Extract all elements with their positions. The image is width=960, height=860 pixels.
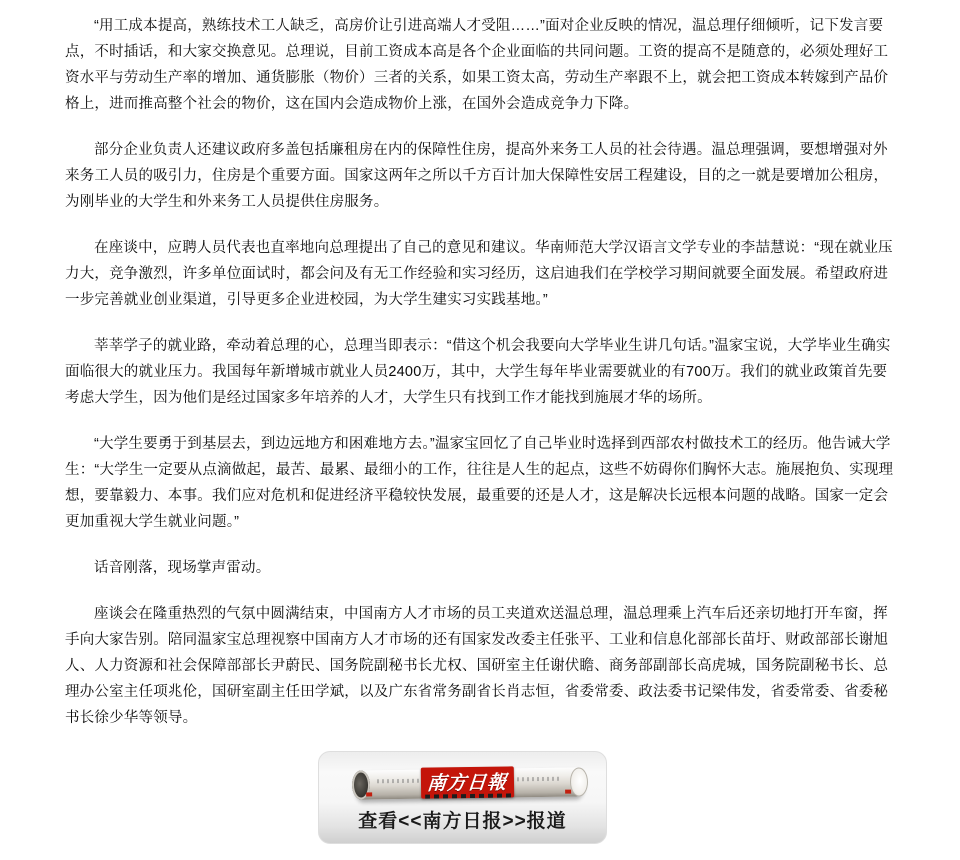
roll-red-mark-right (565, 790, 571, 794)
article-page: { "page": { "background_color": "#ffffff… (0, 0, 960, 860)
view-southern-daily-report-button[interactable]: 南方日報 查看<<南方日报>>报道 (318, 751, 607, 844)
article-paragraph-1: “用工成本提高，熟练技术工人缺乏，高房价让引进高端人才受阻……”面对企业反映的情… (65, 13, 898, 117)
roll-red-mark-left (366, 792, 372, 796)
banner-caption: 查看<<南方日报>>报道 (319, 809, 606, 835)
article-paragraph-2: 部分企业负责人还建议政府多盖包括廉租房在内的保障性住房，提高外来务工人员的社会待… (65, 137, 898, 215)
southern-daily-masthead-text: 南方日報 (426, 769, 508, 796)
roll-right-cap (570, 767, 588, 796)
roll-print-marks-left (377, 779, 419, 784)
article-paragraph-4: 莘莘学子的就业路，牵动着总理的心，总理当即表示：“借这个机会我要向大学毕业生讲几… (65, 333, 898, 411)
article-paragraph-5: “大学生要勇于到基层去，到边远地方和困难地方去。”温家宝回忆了自己毕业时选择到西… (65, 431, 898, 535)
article-paragraph-3: 在座谈中，应聘人员代表也直率地向总理提出了自己的意见和建议。华南师范大学汉语言文… (65, 235, 898, 313)
article-body: “用工成本提高，熟练技术工人缺乏，高房价让引进高端人才受阻……”面对企业反映的情… (0, 0, 960, 844)
article-paragraph-7: 座谈会在隆重热烈的气氛中圆满结束，中国南方人才市场的员工夹道欢送温总理，温总理乘… (65, 601, 898, 731)
roll-tick-marks (425, 793, 511, 798)
article-paragraph-6: 话音刚落，现场掌声雷动。 (65, 555, 898, 581)
roll-print-marks-right (512, 777, 560, 782)
rolled-newspaper-image: 南方日報 (355, 767, 584, 799)
